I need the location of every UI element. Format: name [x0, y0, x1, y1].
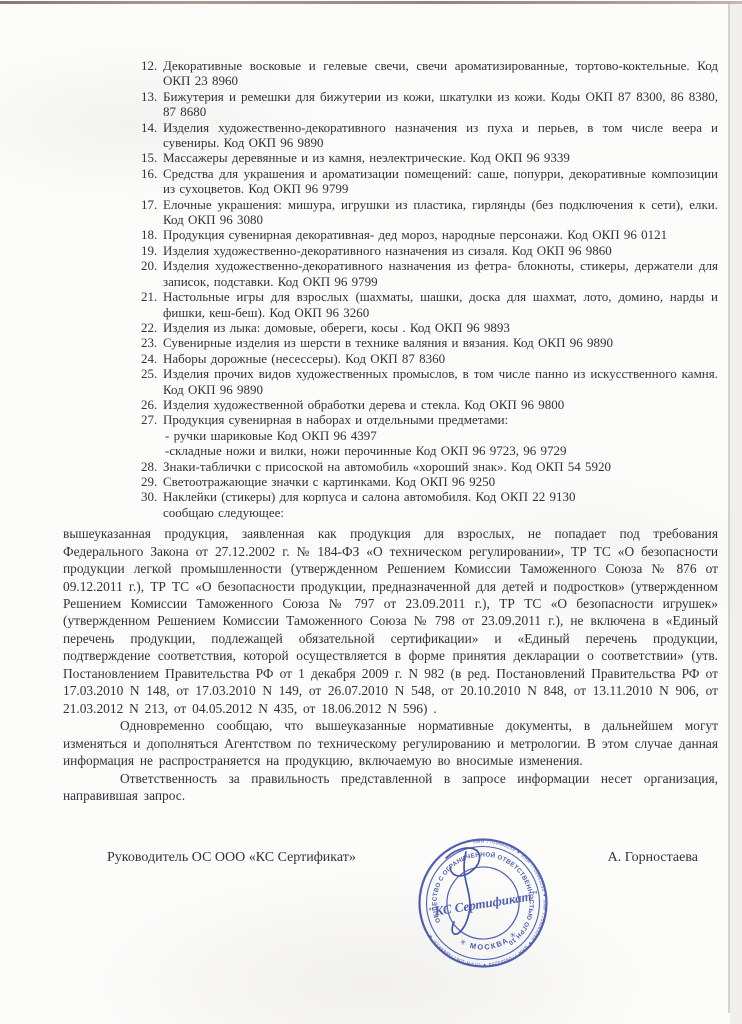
document-body: 12.Декоративные восковые и гелевые свечи… — [63, 58, 718, 866]
list-subitem: -складные ножи и вилки, ножи перочинные … — [165, 443, 718, 458]
list-item: 17.Елочные украшения: мишура, игрушки из… — [141, 197, 718, 228]
list-item-number: 20. — [141, 258, 163, 289]
list-item-number: 24. — [141, 351, 163, 366]
list-item-number: 19. — [141, 243, 163, 258]
list-item-text: Сувенирные изделия из шерсти в технике в… — [163, 335, 718, 350]
stamp-rings: ИНН 7709683254 ✦ ИНН 7709683254 ✦ ИНН 77… — [408, 828, 556, 978]
list-item: 29.Светоотражающие значки с картинками. … — [141, 474, 718, 489]
stamp-center-text: "КС Сертификат" — [427, 887, 540, 919]
list-item-number: 15. — [141, 150, 163, 165]
list-item: 14.Изделия художественно-декоративного н… — [141, 120, 718, 151]
list-item: 26.Изделия художественной обработки дере… — [141, 397, 718, 412]
list-item-number: 21. — [141, 289, 163, 320]
list-item: 21.Настольные игры для взрослых (шахматы… — [141, 289, 718, 320]
list-item: 13.Бижутерия и ремешки для бижутерии из … — [141, 89, 718, 120]
list-item-number: 27. — [141, 412, 163, 427]
list-item: 25.Изделия прочих видов художественных п… — [141, 366, 718, 397]
list-item-number: 12. — [141, 58, 163, 89]
paragraph-responsibility: Ответственность за правильность представ… — [63, 770, 718, 805]
list-item: 22.Изделия из лыка: домовые, обереги, ко… — [141, 320, 718, 335]
signer-title: Руководитель ОС ООО «КС Сертификат» — [107, 850, 356, 866]
list-item-number: 22. — [141, 320, 163, 335]
list-item: 18.Продукция сувенирная декоративная- де… — [141, 227, 718, 242]
list-item-text: Продукция сувенирная в наборах и отдельн… — [163, 412, 718, 427]
list-item-text: Изделия художественно-декоративного назн… — [163, 120, 718, 151]
list-item-text: Елочные украшения: мишура, игрушки из пл… — [163, 197, 718, 228]
list-item-number: 30. — [141, 489, 163, 504]
stamp-svg: ИНН 7709683254 ✦ ИНН 7709683254 ✦ ИНН 77… — [408, 828, 558, 978]
list-item: 28.Знаки-таблички с присоской на автомоб… — [141, 459, 718, 474]
list-item-number: 29. — [141, 474, 163, 489]
list-item-text: Массажеры деревянные и из камня, неэлект… — [163, 150, 718, 165]
list-item-text: Бижутерия и ремешки для бижутерии из кож… — [163, 89, 718, 120]
list-item-text: Наборы дорожные (несессеры). Код ОКП 87 … — [163, 351, 718, 366]
list-item-number: 17. — [141, 197, 163, 228]
list-item-text: Изделия художественно-декоративного назн… — [163, 258, 718, 289]
list-item-text: Средства для украшения и ароматизации по… — [163, 166, 718, 197]
list-item-number: 23. — [141, 335, 163, 350]
paragraph-legal-main: вышеуказанная продукция, заявленная как … — [63, 525, 718, 717]
list-item-number: 18. — [141, 227, 163, 242]
list-item-number: 13. — [141, 89, 163, 120]
list-item-text: Наклейки (стикеры) для корпуса и салона … — [163, 489, 718, 504]
paragraph-note-changes: Одновременно сообщаю, что вышеуказанные … — [63, 717, 718, 769]
list-item: 27.Продукция сувенирная в наборах и отде… — [141, 412, 718, 427]
list-item: 20.Изделия художественно-декоративного н… — [141, 258, 718, 289]
list-item-number: 26. — [141, 397, 163, 412]
signature-row: Руководитель ОС ООО «КС Сертификат» А. Г… — [63, 850, 718, 866]
list-item-text: Светоотражающие значки с картинками. Код… — [163, 474, 718, 489]
list-closing-line: сообщаю следующее: — [163, 505, 718, 520]
list-item-text: Продукция сувенирная декоративная- дед м… — [163, 227, 718, 242]
list-item-text: Изделия прочих видов художественных пром… — [163, 366, 718, 397]
list-item-text: Изделия художественно-декоративного назн… — [163, 243, 718, 258]
list-item-text: Знаки-таблички с присоской на автомобиль… — [163, 459, 718, 474]
round-seal-stamp: ИНН 7709683254 ✦ ИНН 7709683254 ✦ ИНН 77… — [408, 828, 558, 978]
list-item-text: Изделия из лыка: домовые, обереги, косы … — [163, 320, 718, 335]
list-item-number: 16. — [141, 166, 163, 197]
list-item-text: Декоративные восковые и гелевые свечи, с… — [163, 58, 718, 89]
list-item: 16.Средства для украшения и ароматизации… — [141, 166, 718, 197]
numbered-list: 12.Декоративные восковые и гелевые свечи… — [63, 58, 718, 520]
list-item-text: Изделия художественной обработки дерева … — [163, 397, 718, 412]
list-item: 23.Сувенирные изделия из шерсти в техник… — [141, 335, 718, 350]
signer-name: А. Горностаева — [608, 850, 698, 866]
list-item-text: Настольные игры для взрослых (шахматы, ш… — [163, 289, 718, 320]
list-item: 24.Наборы дорожные (несессеры). Код ОКП … — [141, 351, 718, 366]
scanned-document-page: 12.Декоративные восковые и гелевые свечи… — [0, 0, 742, 1024]
scan-edge-right — [728, 3, 730, 1013]
list-item: 19.Изделия художественно-декоративного н… — [141, 243, 718, 258]
list-item-number: 28. — [141, 459, 163, 474]
scan-edge-top — [0, 1, 742, 4]
list-item-number: 14. — [141, 120, 163, 151]
list-item: 30.Наклейки (стикеры) для корпуса и сало… — [141, 489, 718, 504]
list-item-number: 25. — [141, 366, 163, 397]
list-item: 12.Декоративные восковые и гелевые свечи… — [141, 58, 718, 89]
scan-margin-right — [730, 4, 742, 1024]
list-subitem: - ручки шариковые Код ОКП 96 4397 — [165, 428, 718, 443]
list-item: 15.Массажеры деревянные и из камня, неэл… — [141, 150, 718, 165]
